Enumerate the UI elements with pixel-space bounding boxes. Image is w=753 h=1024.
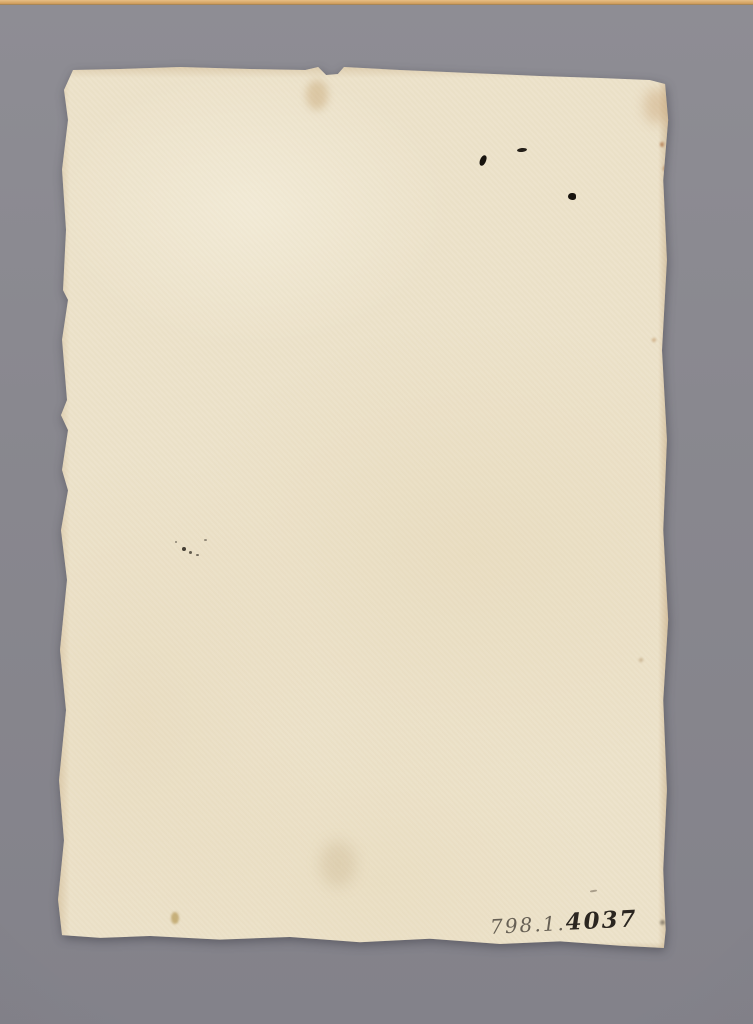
rust-spot: [652, 338, 656, 342]
rust-spot: [663, 166, 666, 171]
paper-surface: 798.1.4037: [56, 66, 670, 952]
accession-prefix: 798.1.: [489, 911, 566, 939]
accession-main-number: 4037: [565, 905, 638, 936]
color-calibration-strip: [0, 0, 753, 5]
rust-spot: [660, 142, 664, 147]
ink-dot: [196, 554, 199, 556]
ink-speck: [478, 154, 487, 166]
ink-speck: [517, 147, 527, 152]
smudge-stain: [320, 841, 356, 887]
deckle-edge-tint: [56, 66, 670, 952]
ink-dot: [175, 541, 177, 543]
ink-dot: [182, 547, 186, 551]
rust-spot: [639, 658, 643, 662]
ink-dot: [204, 539, 207, 541]
ink-speck: [568, 193, 576, 200]
foxing-stain: [171, 912, 179, 924]
accession-number-inscription: 798.1.4037: [489, 905, 638, 940]
paper-sheet: 798.1.4037: [56, 66, 670, 952]
corner-stain: [644, 88, 670, 124]
pencil-mark: [590, 889, 597, 892]
photo-canvas: 798.1.4037: [0, 0, 753, 1024]
edge-stain: [306, 80, 328, 110]
ink-dot: [189, 551, 192, 554]
edge-mark: [660, 920, 665, 925]
